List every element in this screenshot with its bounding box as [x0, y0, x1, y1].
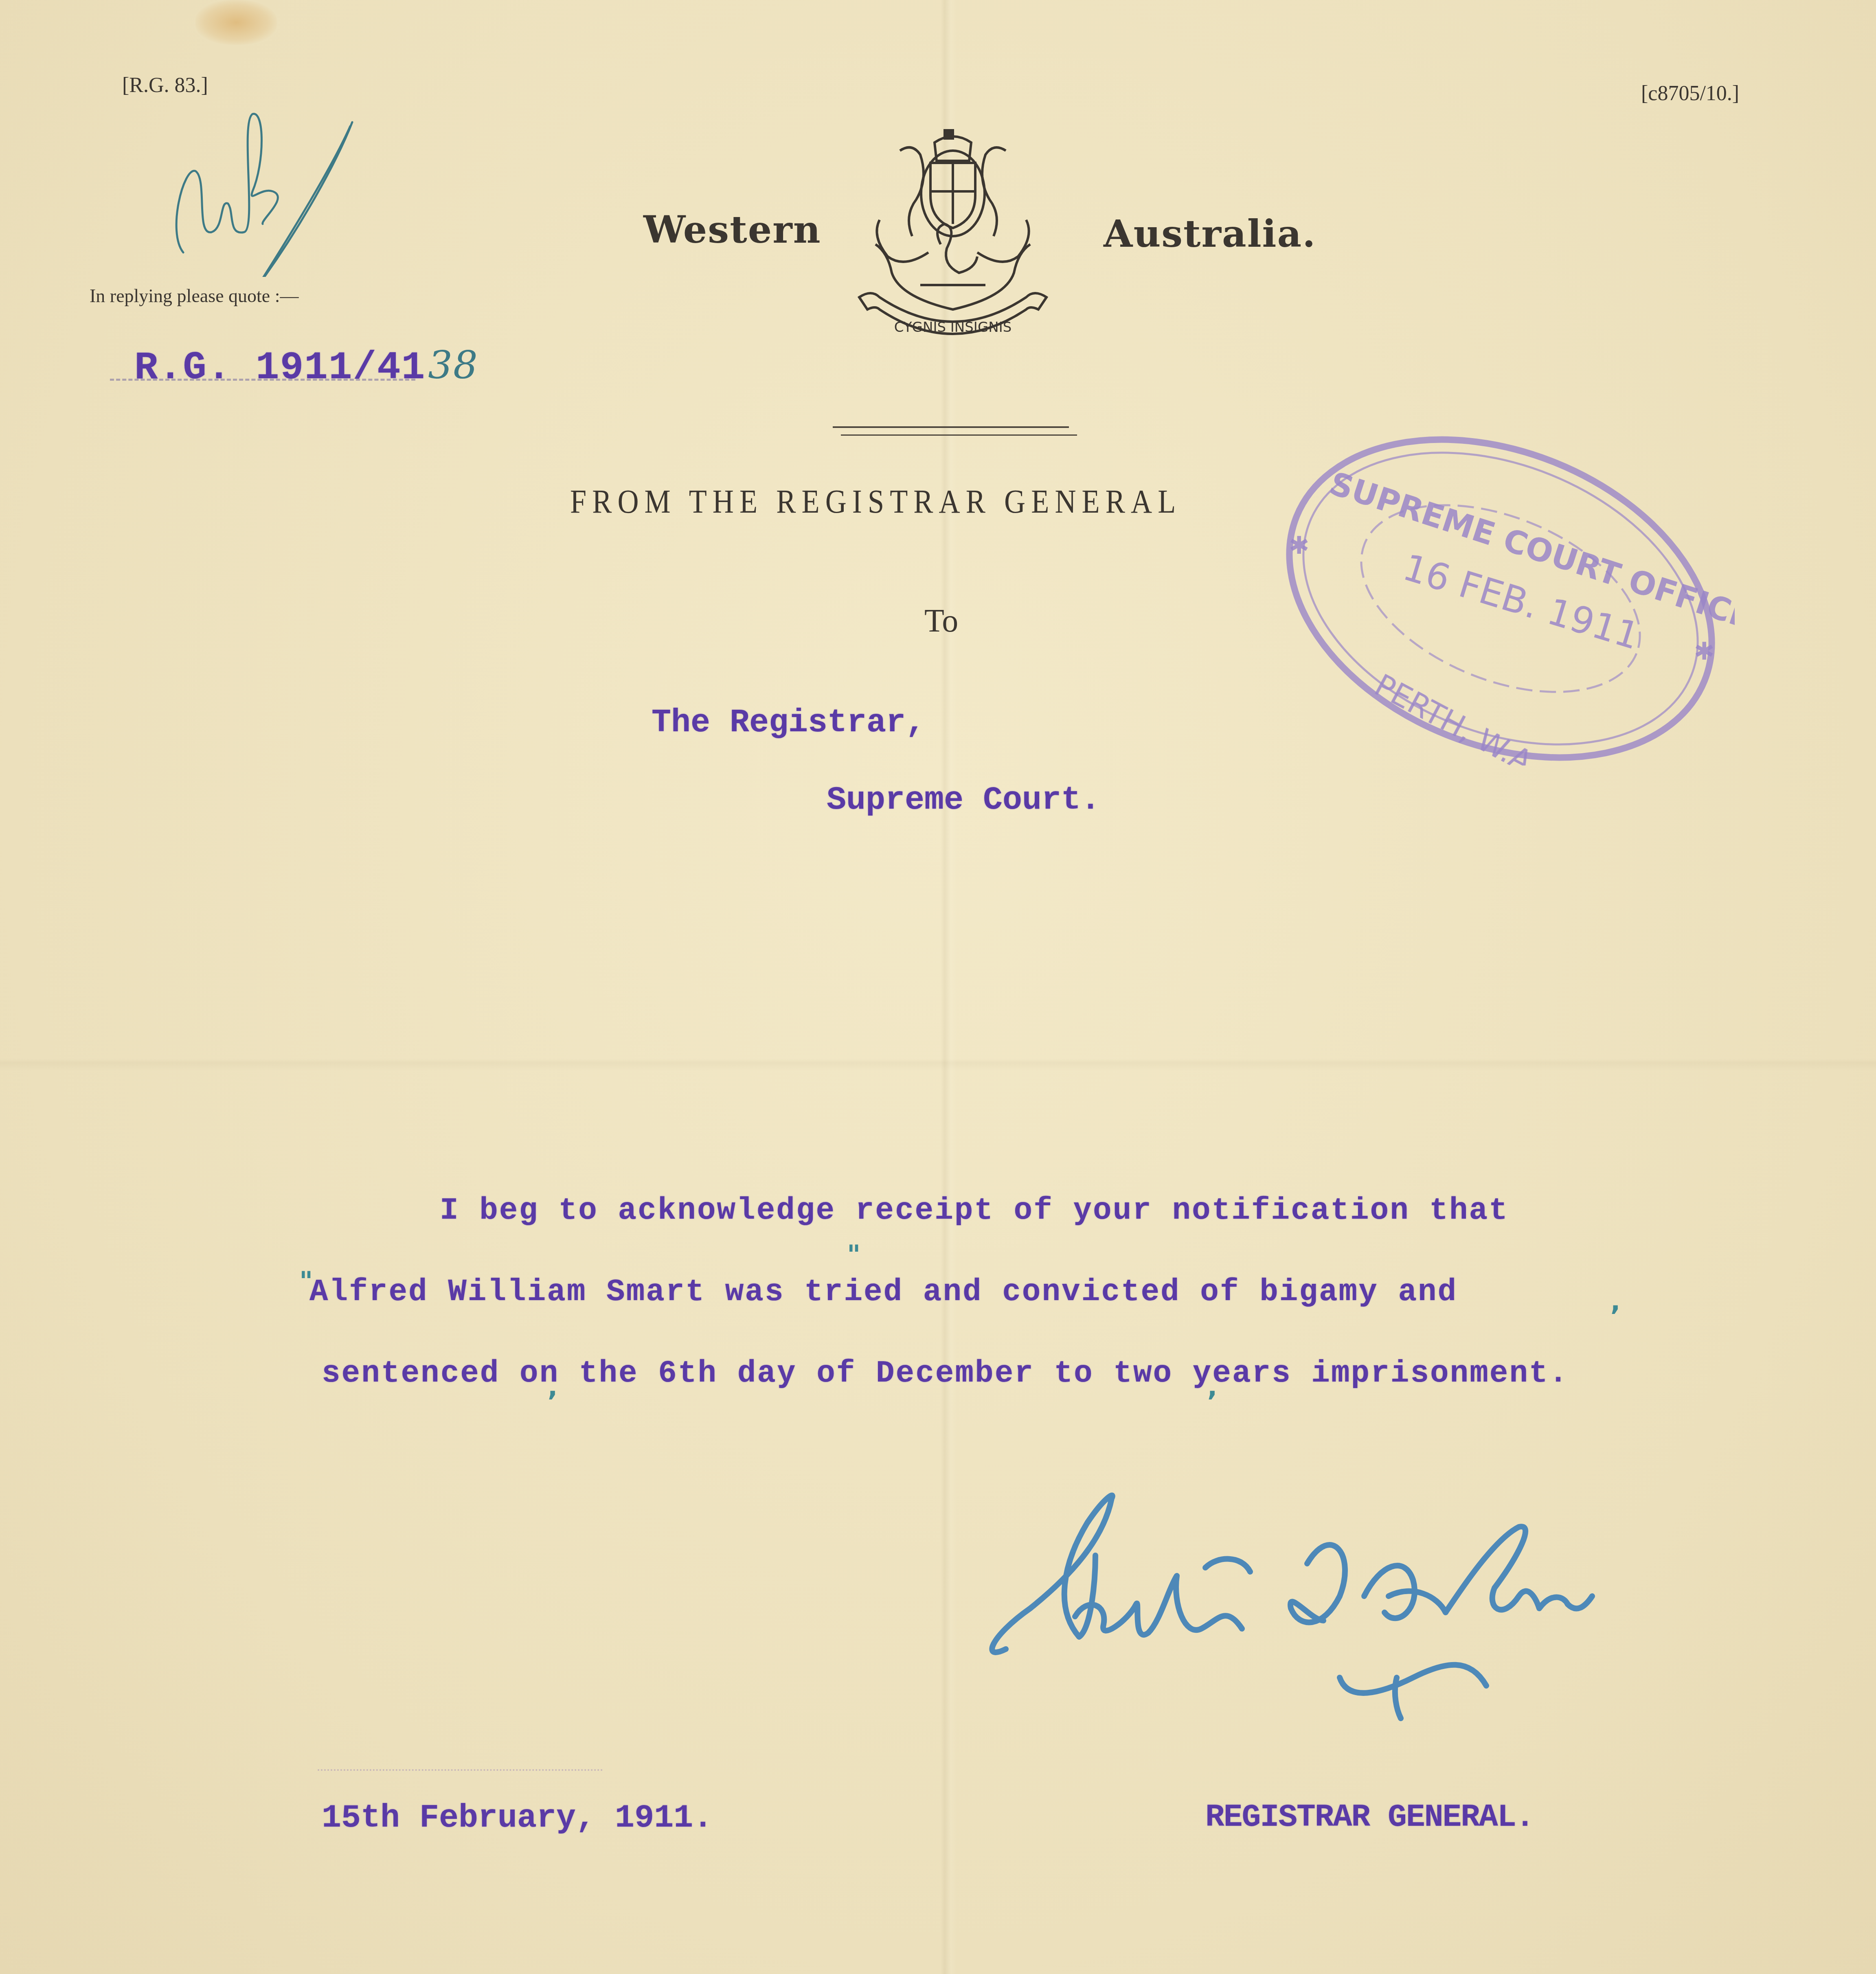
form-code: [R.G. 83.] — [122, 73, 208, 97]
stamp-star-icon: ✱ — [1289, 531, 1309, 560]
reference-handwritten: 38 — [428, 343, 478, 388]
paper-stain — [195, 0, 277, 45]
signature-icon — [957, 1474, 1832, 1735]
print-code: [c8705/10.] — [1641, 81, 1739, 105]
handwritten-initials-icon — [159, 98, 371, 277]
signatory-title: REGISTRAR GENERAL. — [1205, 1800, 1534, 1836]
letterhead-australia: Australia. — [1104, 212, 1316, 256]
pen-comma-mark: , — [1611, 1287, 1620, 1317]
from-line: FROM THE REGISTRAR GENERAL — [570, 483, 1181, 521]
coat-of-arms-icon: CYGNIS INSIGNIS — [847, 122, 1059, 350]
letter-date: 15th February, 1911. — [322, 1800, 713, 1837]
body-line: sentenced on the 6th day of December to … — [322, 1356, 1569, 1391]
received-stamp: SUPREME COURT OFFICE 16 FEB. 1911 PERTH,… — [1266, 432, 1735, 765]
to-label: To — [924, 603, 958, 640]
addressee-line: The Registrar, — [652, 704, 925, 741]
pen-comma-mark: , — [1207, 1372, 1217, 1402]
letterhead-western: Western — [643, 208, 821, 252]
pen-comma-mark: , — [548, 1372, 557, 1402]
pen-quote-mark: " — [299, 1266, 313, 1296]
reply-instruction: In replying please quote :— — [90, 285, 299, 307]
letterhead-rule — [833, 426, 1069, 428]
body-line: Alfred William Smart was tried and convi… — [309, 1274, 1457, 1309]
stamp-bottom-text: PERTH, W.A. — [1369, 668, 1546, 765]
reference-number: R.G. 1911/4138 — [134, 342, 478, 390]
pen-quote-mark: " — [847, 1240, 860, 1270]
reference-typed: R.G. 1911/41 — [134, 346, 426, 390]
reference-underline — [110, 379, 415, 381]
crest-motto: CYGNIS INSIGNIS — [894, 319, 1012, 336]
stamp-star-icon: ✱ — [1694, 637, 1714, 666]
letterhead-rule — [841, 434, 1077, 436]
body-line: I beg to acknowledge receipt of your not… — [440, 1193, 1509, 1228]
faint-typewriter-marks — [318, 1769, 603, 1771]
addressee-line: Supreme Court. — [827, 782, 1100, 819]
